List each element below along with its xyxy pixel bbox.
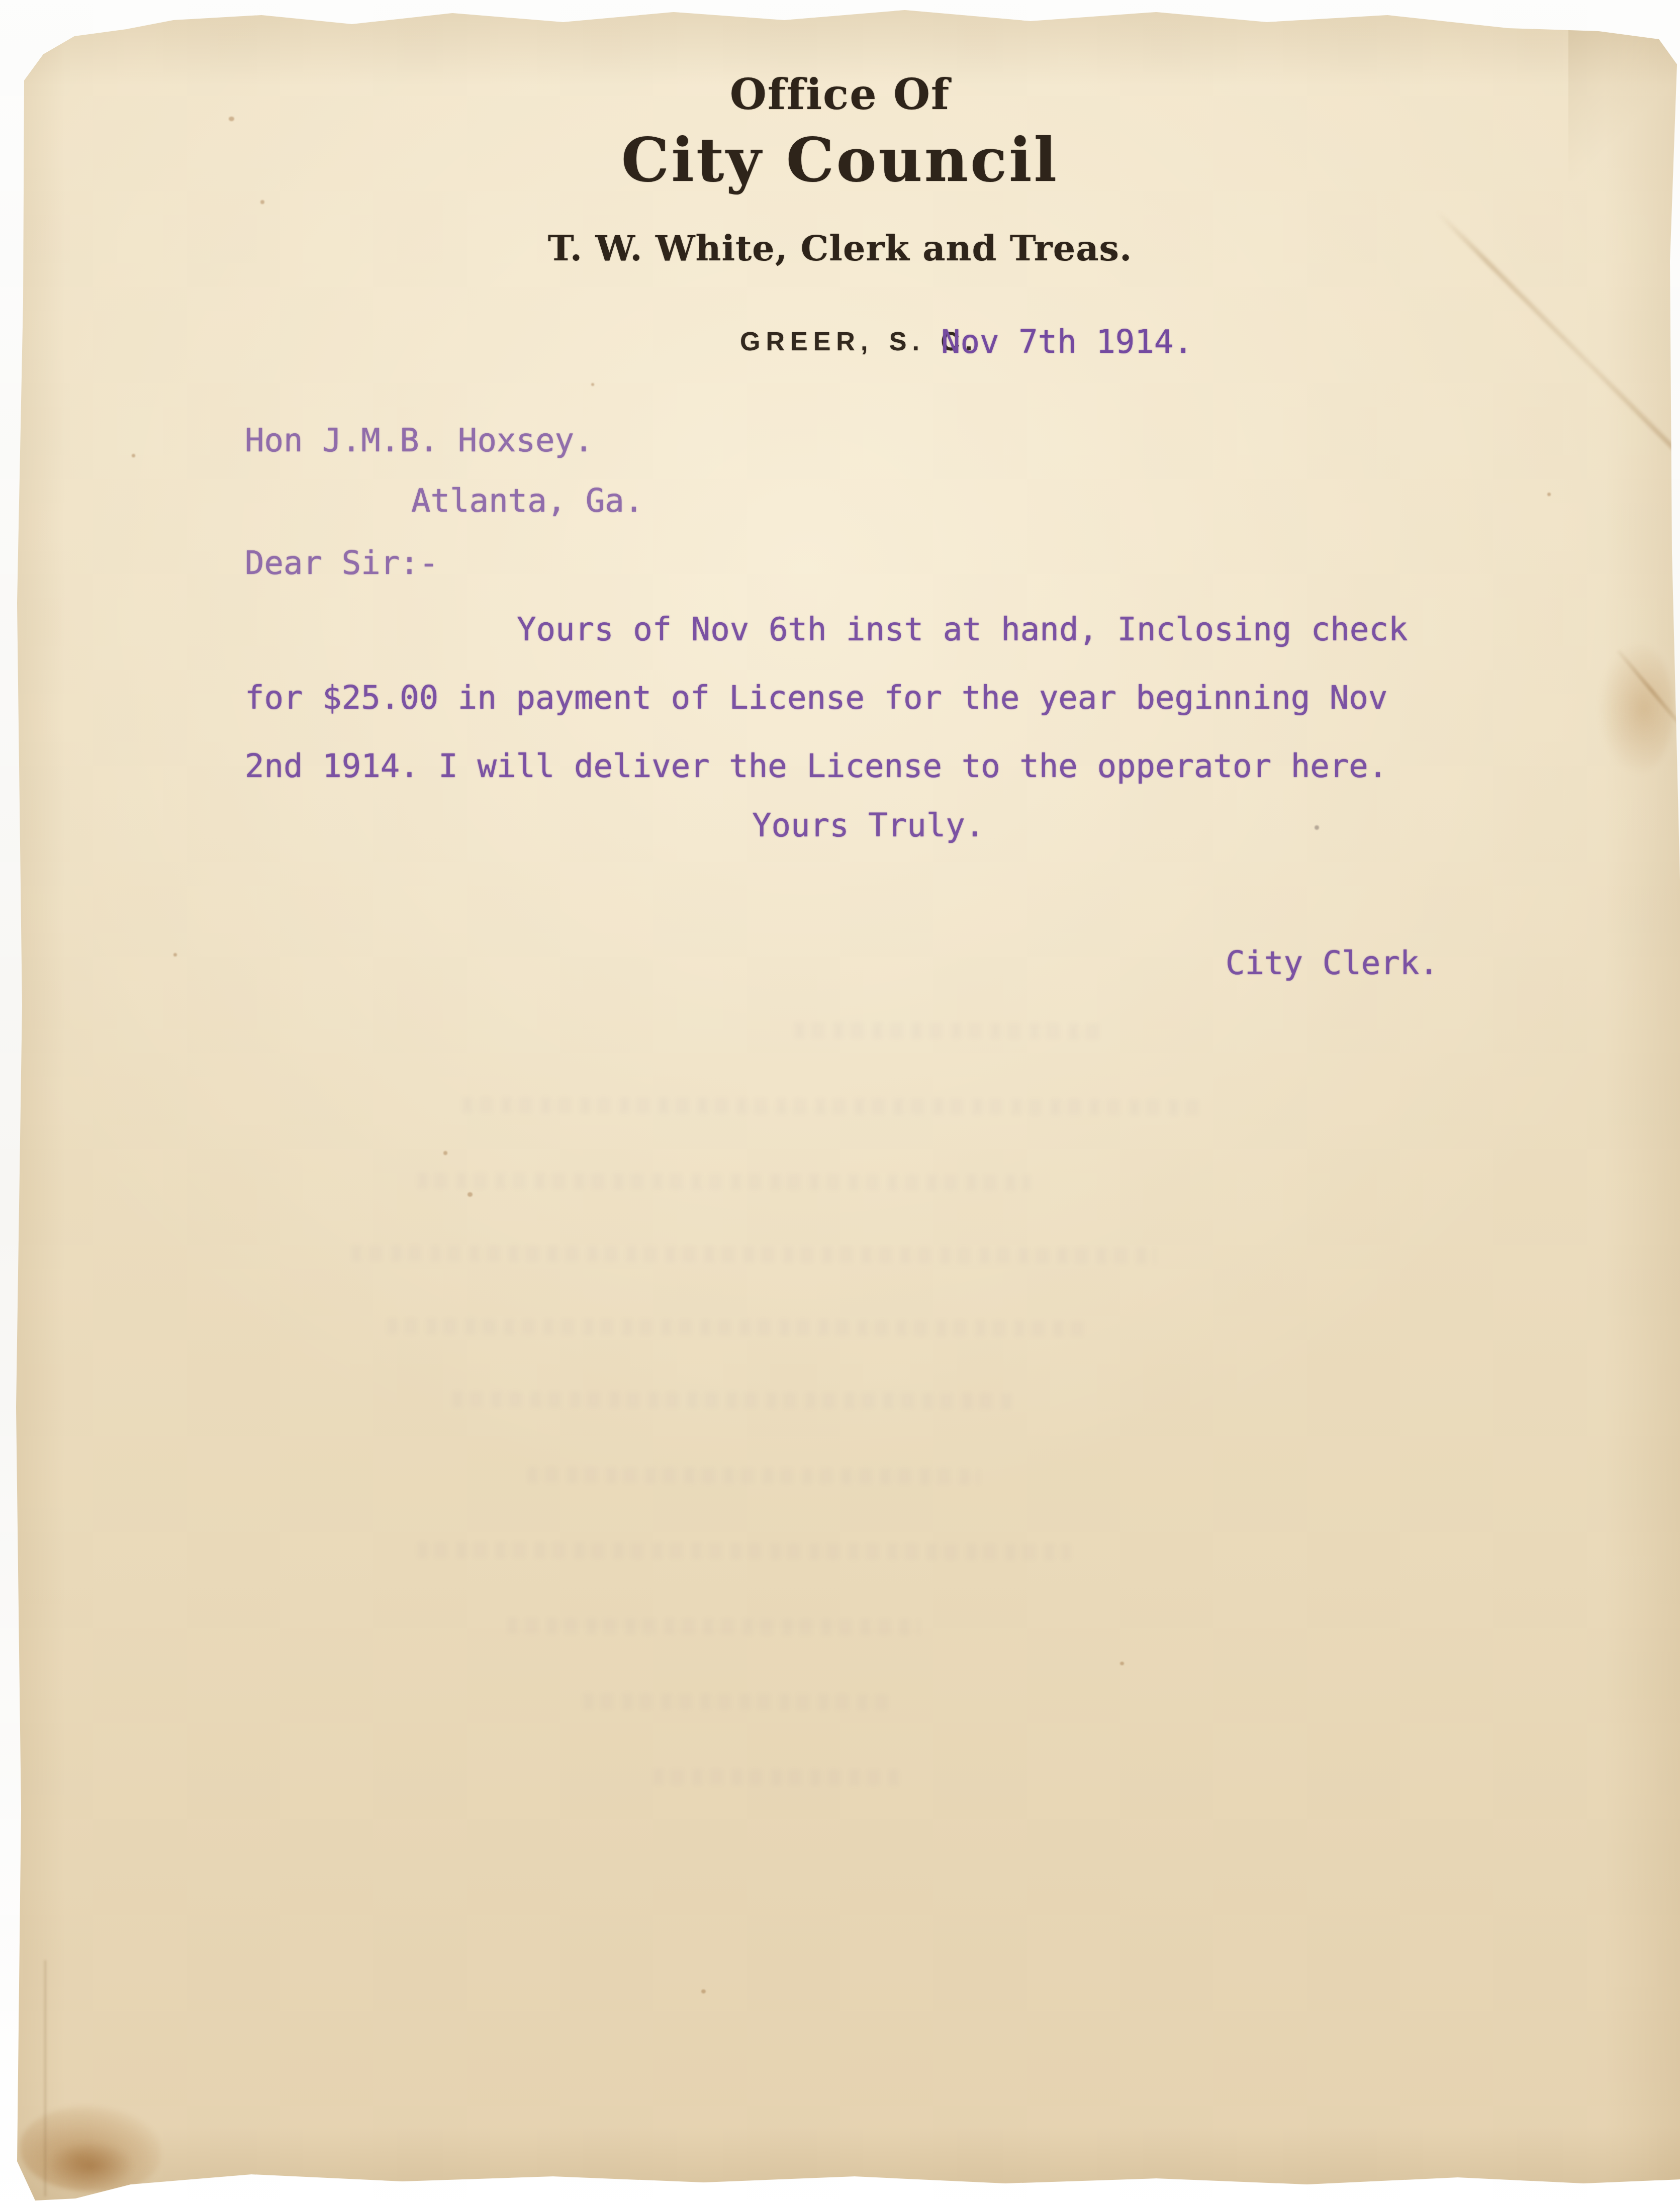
- freckle-spot: [1547, 493, 1551, 496]
- stain-right-edge: [1599, 643, 1674, 774]
- ghost-text-row: [417, 1173, 1031, 1191]
- recipient-name-line: Hon J.M.B. Hoxsey.: [245, 422, 594, 459]
- freckle-spot: [260, 200, 264, 204]
- ghost-text-row: [452, 1391, 1015, 1409]
- letterhead-clerk-line: T. W. White, Clerk and Treas.: [0, 227, 1680, 269]
- fold-line-bottom-left: [44, 1960, 46, 2196]
- ghost-text-row: [508, 1618, 920, 1636]
- freckle-spot: [1120, 1662, 1124, 1665]
- freckle-spot: [591, 383, 594, 386]
- letterhead-organization: City Council: [0, 125, 1680, 196]
- letter-paper: Office Of City Council T. W. White, Cler…: [0, 0, 1680, 2202]
- freckle-spot: [701, 1989, 706, 1993]
- freckle-spot: [173, 953, 177, 956]
- body-line-3: 2nd 1914. I will deliver the License to …: [245, 748, 1387, 785]
- stain-blotch-bottom-left-2: [48, 2142, 133, 2190]
- ghost-text-row: [387, 1318, 1091, 1337]
- freckle-spot: [1315, 825, 1319, 830]
- freckle-spot: [443, 1151, 447, 1155]
- letterhead-office-line: Office Of: [0, 69, 1680, 119]
- closing-line: Yours Truly.: [752, 807, 984, 844]
- body-line-2: for $25.00 in payment of License for the…: [245, 680, 1387, 717]
- crease-line-right-edge: [1617, 649, 1680, 733]
- freckle-spot: [132, 454, 135, 457]
- ghost-text-row: [794, 1022, 1106, 1039]
- ghost-text-row: [462, 1097, 1206, 1115]
- stain-blotch-bottom-left: [20, 2106, 161, 2191]
- ghost-text-row: [528, 1467, 980, 1484]
- salutation-line: Dear Sir:-: [245, 545, 438, 582]
- paper-edge-shading-right: [1605, 0, 1680, 2202]
- signature-line: City Clerk.: [1226, 945, 1439, 982]
- ghost-text-row: [417, 1542, 1071, 1561]
- ghost-text-row: [654, 1769, 905, 1786]
- dateline-date: Nov 7th 1914.: [941, 324, 1193, 361]
- ghost-text-row: [583, 1693, 895, 1710]
- recipient-address-line: Atlanta, Ga.: [411, 483, 643, 520]
- body-line-1: Yours of Nov 6th inst at hand, Inclosing…: [517, 611, 1408, 648]
- ghost-text-row: [352, 1245, 1156, 1264]
- freckle-spot: [468, 1192, 473, 1197]
